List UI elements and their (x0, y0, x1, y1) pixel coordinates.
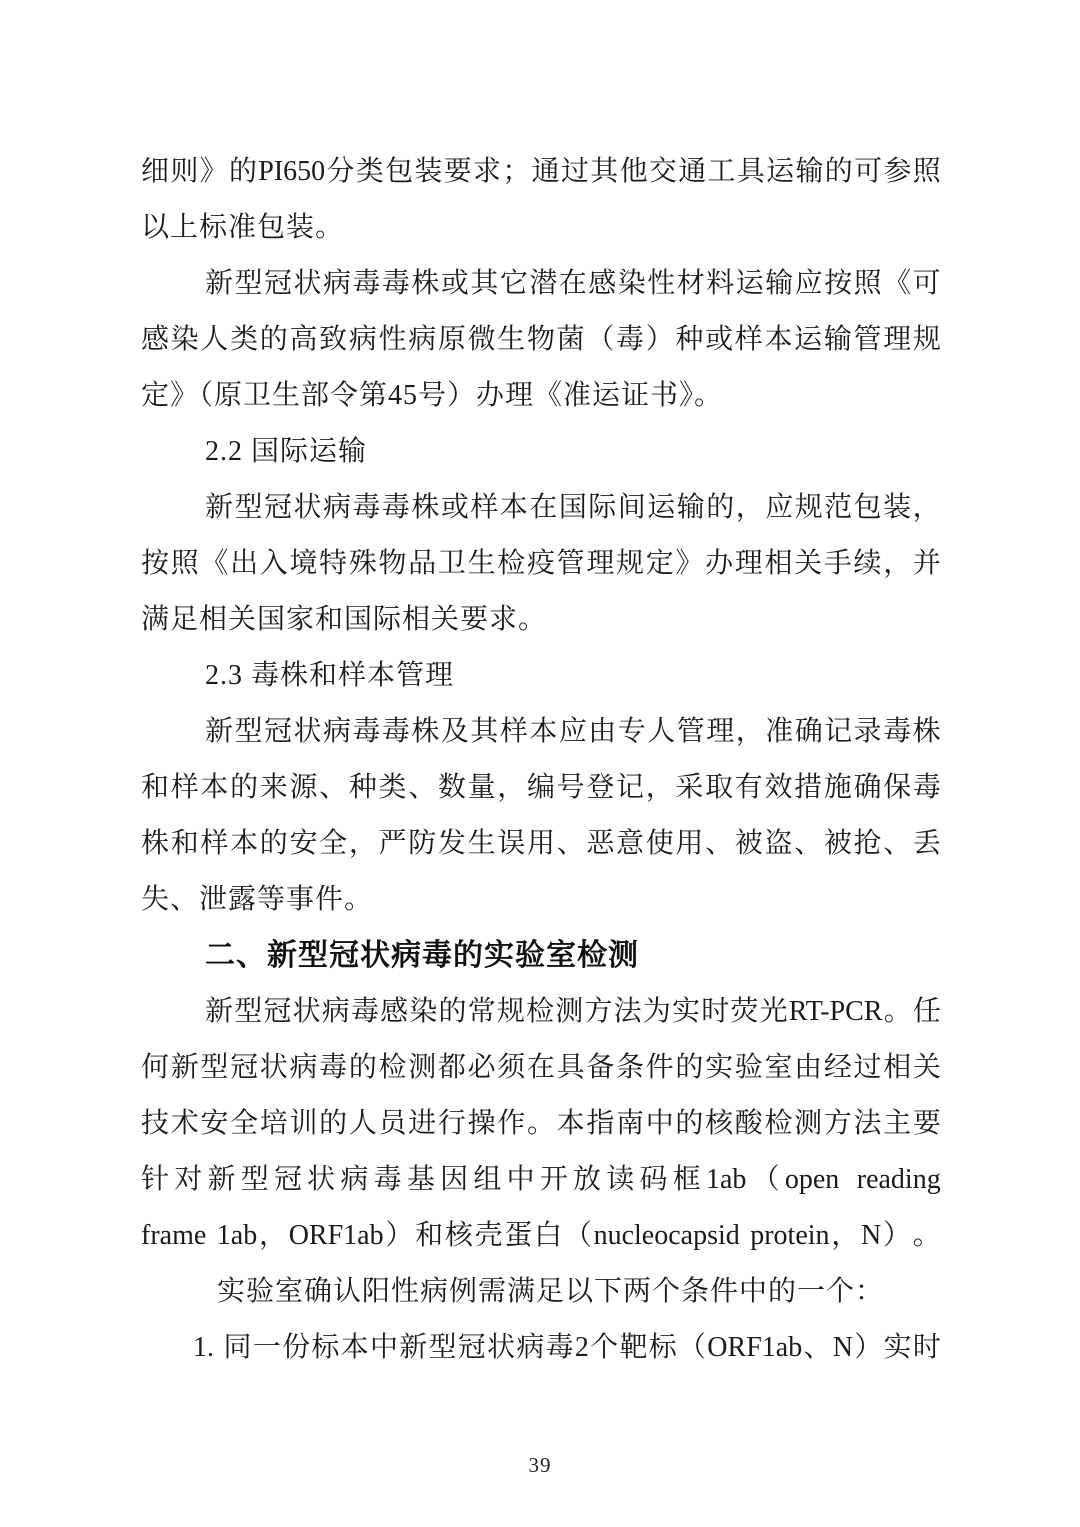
body-line: 针对新型冠状病毒基因组中开放读码框1ab（open reading (141, 1152, 941, 1208)
body-line: 新型冠状病毒感染的常规检测方法为实时荧光RT-PCR。任 (141, 984, 941, 1040)
body-line: 新型冠状病毒毒株或其它潜在感染性材料运输应按照《可 (141, 256, 941, 312)
body-line: 失、泄露等事件。 (141, 872, 941, 928)
body-line: 新型冠状病毒毒株或样本在国际间运输的，应规范包装， (141, 480, 941, 536)
body-line: 定》（原卫生部令第45号）办理《准运证书》。 (141, 368, 941, 424)
body-line: 以上标准包装。 (141, 200, 941, 256)
body-line: 技术安全培训的人员进行操作。本指南中的核酸检测方法主要 (141, 1096, 941, 1152)
body-line: frame 1ab，ORF1ab）和核壳蛋白（nucleocapsid prot… (141, 1208, 941, 1264)
page-number: 39 (529, 1453, 552, 1477)
subsection-heading-2-2: 2.2 国际运输 (141, 424, 941, 480)
page-footer: 39 (0, 1453, 1080, 1478)
body-line: 按照《出入境特殊物品卫生检疫管理规定》办理相关手续，并 (141, 536, 941, 592)
subsection-heading-2-3: 2.3 毒株和样本管理 (141, 648, 941, 704)
body-line: 株和样本的安全，严防发生误用、恶意使用、被盗、被抢、丢 (141, 816, 941, 872)
list-item-1: 1. 同一份标本中新型冠状病毒2个靶标（ORF1ab、N）实时 (141, 1320, 941, 1376)
body-line: 新型冠状病毒毒株及其样本应由专人管理，准确记录毒株 (141, 704, 941, 760)
body-line: 满足相关国家和国际相关要求。 (141, 592, 941, 648)
body-line: 和样本的来源、种类、数量，编号登记，采取有效措施确保毒 (141, 760, 941, 816)
body-line: 感染人类的高致病性病原微生物菌（毒）种或样本运输管理规 (141, 312, 941, 368)
body-line-pi650: 细则》的PI650分类包装要求；通过其他交通工具运输的可参照 (141, 144, 941, 200)
body-line: 何新型冠状病毒的检测都必须在具备条件的实验室由经过相关 (141, 1040, 941, 1096)
document-text-block: 细则》的PI650分类包装要求；通过其他交通工具运输的可参照以上标准包装。新型冠… (141, 144, 941, 1376)
body-line: 实验室确认阳性病例需满足以下两个条件中的一个： (141, 1264, 941, 1320)
document-page: 细则》的PI650分类包装要求；通过其他交通工具运输的可参照以上标准包装。新型冠… (0, 0, 1080, 1527)
section-heading-2: 二、新型冠状病毒的实验室检测 (141, 928, 941, 984)
